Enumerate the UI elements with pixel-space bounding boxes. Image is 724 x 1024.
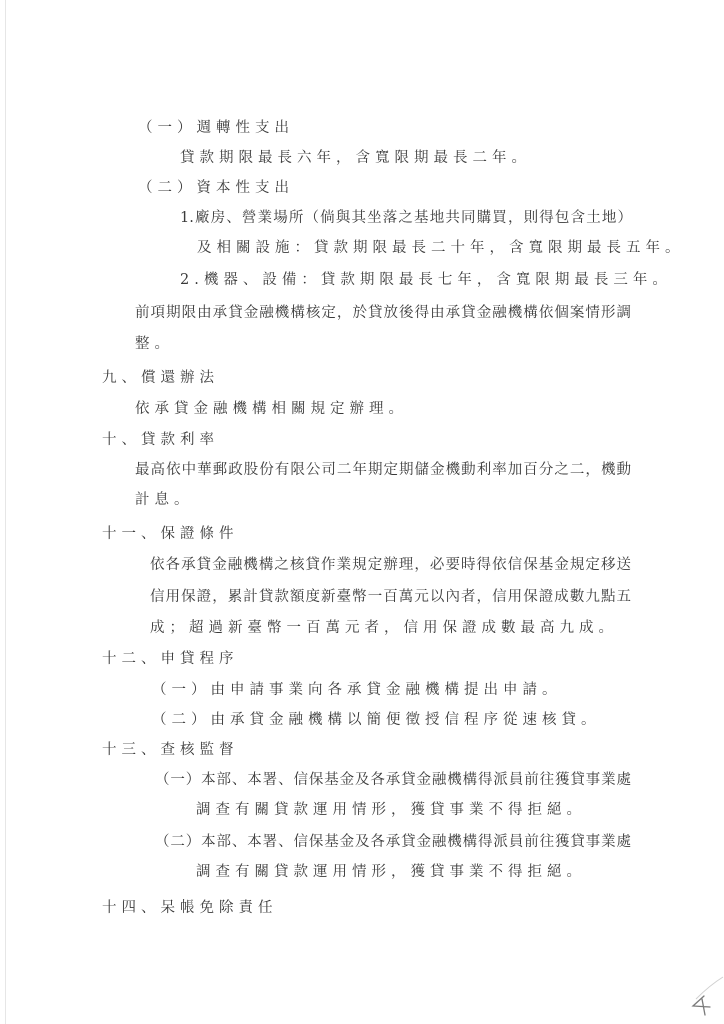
section-heading-interest-rate: 十、貸款利率 (102, 430, 219, 450)
list-item-2: 2.機器、設備：貸款期限最長七年，含寬限期最長三年。 (180, 270, 672, 290)
list-item: （二）本部、本署、信保基金及各承貸金融機構得派員前往獲貸事業處 (155, 832, 631, 852)
list-item-continued: 調查有關貸款運用情形，獲貸事業不得拒絕。 (196, 800, 586, 820)
paragraph-text: 成；超過新臺幣一百萬元者，信用保證成數最高九成。 (150, 618, 618, 638)
list-item-continued: 調查有關貸款運用情形，獲貸事業不得拒絕。 (196, 862, 586, 882)
paragraph-text: 最高依中華郵政股份有限公司二年期定期儲金機動利率加百分之二，機動 (135, 460, 631, 480)
paragraph-text: 依各承貸金融機構之核貸作業規定辦理，必要時得依信保基金規定移送 (150, 555, 631, 575)
section-heading-bad-debt: 十四、呆帳免除責任 (102, 898, 278, 918)
paragraph-text: 計息。 (135, 490, 194, 510)
handwritten-page-number: 4 (690, 994, 714, 1016)
subsection-heading-working-capital: （一）週轉性支出 (138, 118, 294, 138)
paragraph-text: 前項期限由承貸金融機構核定，於貸放後得由承貸金融機構依個案情形調 (135, 303, 631, 323)
list-item: （二）由承貸金融機構以簡便徵授信程序從速核貸。 (152, 710, 601, 730)
section-heading-guarantee: 十一、保證條件 (102, 524, 239, 544)
section-heading-audit: 十三、查核監督 (102, 740, 239, 760)
paragraph-text: 信用保證，累計貸款額度新臺幣一百萬元以內者，信用保證成數九點五 (150, 587, 631, 607)
paragraph-text: 貸款期限最長六年，含寬限期最長二年。 (180, 148, 531, 168)
paragraph-text: 依承貸金融機構相關規定辦理。 (135, 399, 408, 419)
list-item: （一）本部、本署、信保基金及各承貸金融機構得派員前往獲貸事業處 (155, 770, 631, 790)
list-item-1: 1.廠房、營業場所（倘與其坐落之基地共同購買，則得包含土地） (180, 208, 632, 228)
paragraph-text: 整。 (135, 334, 174, 354)
section-heading-repayment: 九、償還辦法 (102, 368, 219, 388)
list-item-1-continued: 及相關設施：貸款期限最長二十年，含寬限期最長五年。 (197, 238, 685, 258)
list-item: （一）由申請事業向各承貸金融機構提出申請。 (152, 680, 562, 700)
subsection-heading-capital-expenditure: （二）資本性支出 (138, 178, 294, 198)
scan-edge-line (5, 0, 6, 1024)
section-heading-application: 十二、申貸程序 (102, 649, 239, 669)
